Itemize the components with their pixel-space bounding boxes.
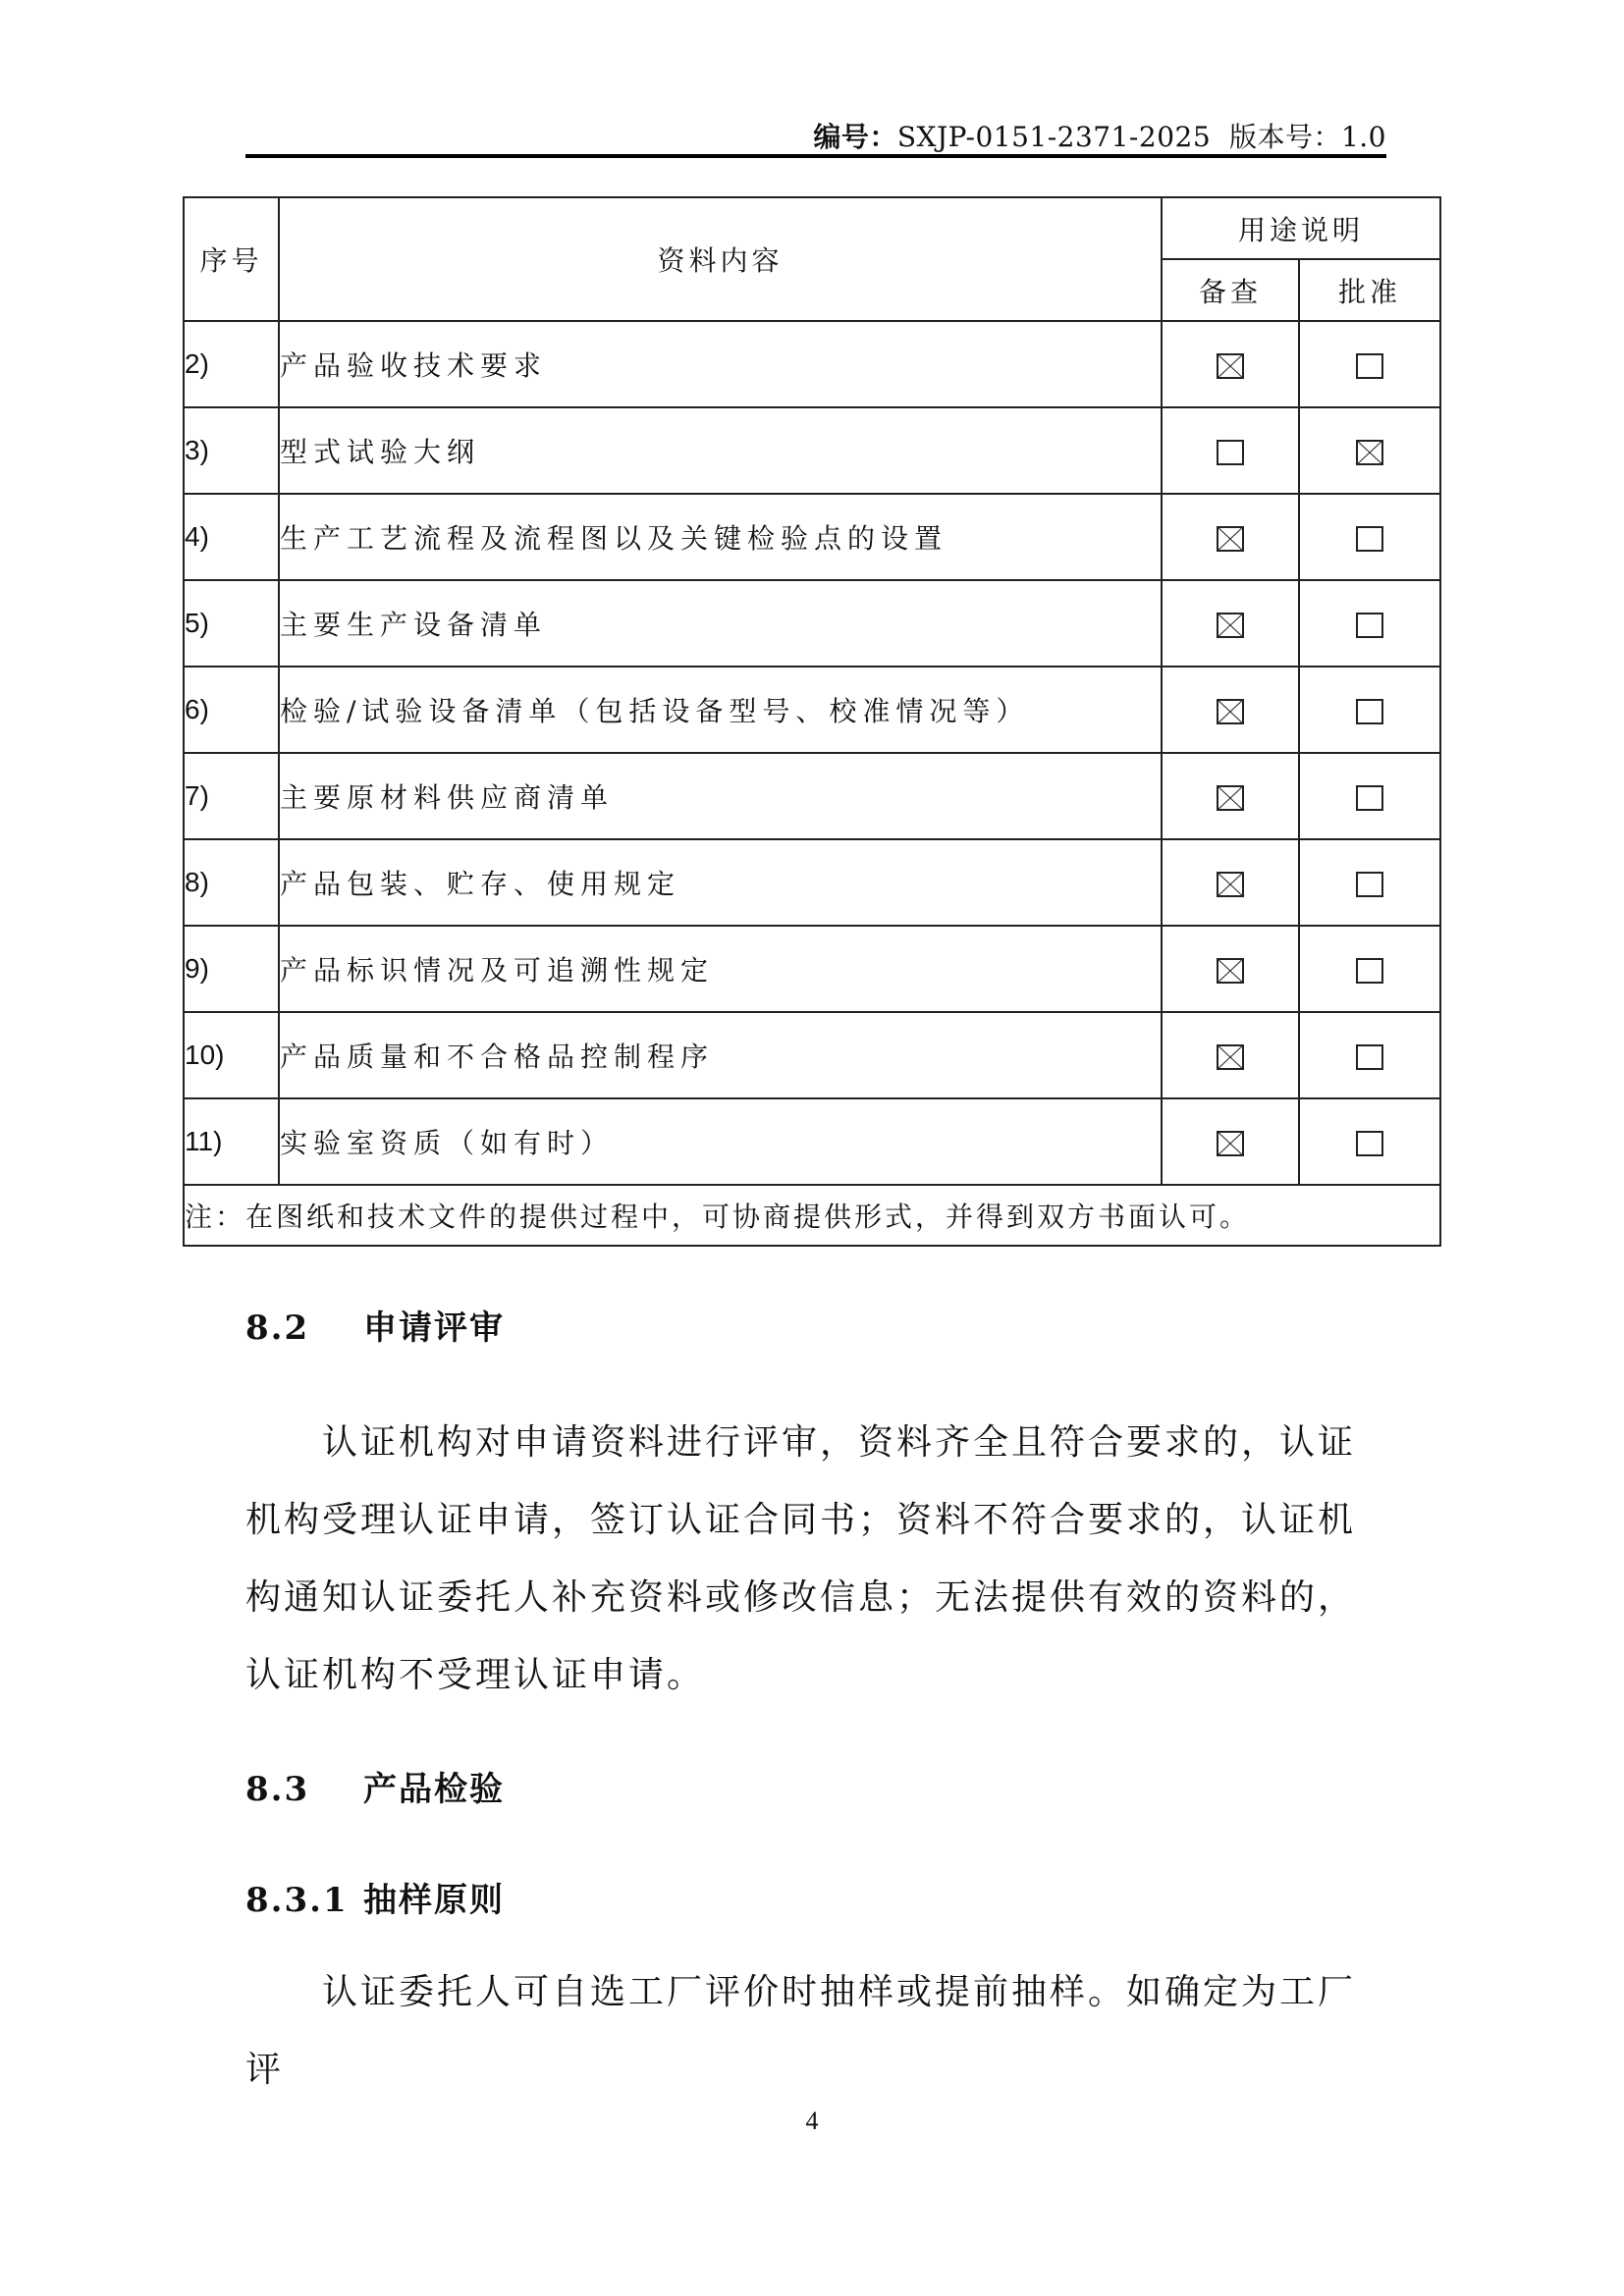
table-row: 5)主要生产设备清单 [184, 580, 1440, 667]
row-content: 主要生产设备清单 [279, 580, 1162, 667]
table-row: 6)检验/试验设备清单（包括设备型号、校准情况等） [184, 667, 1440, 753]
approve-cell [1299, 667, 1440, 753]
record-cell [1162, 580, 1299, 667]
header-record: 备查 [1162, 259, 1299, 321]
checkbox-checked-icon[interactable] [1217, 785, 1244, 811]
checkbox-checked-icon[interactable] [1356, 440, 1383, 465]
page-number: 4 [0, 2107, 1624, 2136]
approve-cell [1299, 321, 1440, 407]
version-label: 版本号： [1229, 121, 1341, 153]
checkbox-checked-icon[interactable] [1217, 526, 1244, 552]
table-row: 8)产品包装、贮存、使用规定 [184, 839, 1440, 926]
section-number: 8.2 [245, 1308, 363, 1348]
checkbox-unchecked-icon[interactable] [1217, 440, 1244, 465]
row-content: 产品验收技术要求 [279, 321, 1162, 407]
section-8-3-1-paragraph: 认证委托人可自选工厂评价时抽样或提前抽样。如确定为工厂评 [245, 1953, 1386, 2109]
row-content: 产品标识情况及可追溯性规定 [279, 926, 1162, 1012]
section-title: 产品检验 [363, 1770, 505, 1809]
table-row: 9)产品标识情况及可追溯性规定 [184, 926, 1440, 1012]
row-content: 主要原材料供应商清单 [279, 753, 1162, 839]
checkbox-checked-icon[interactable] [1217, 699, 1244, 724]
checkbox-checked-icon[interactable] [1217, 958, 1244, 984]
section-number: 8.3 [245, 1770, 363, 1809]
row-number: 8) [184, 839, 279, 926]
header-no: 序号 [184, 197, 279, 321]
checkbox-unchecked-icon[interactable] [1356, 353, 1383, 379]
checkbox-checked-icon[interactable] [1217, 1131, 1244, 1156]
checkbox-unchecked-icon[interactable] [1356, 1044, 1383, 1070]
row-content: 型式试验大纲 [279, 407, 1162, 494]
table-row: 3)型式试验大纲 [184, 407, 1440, 494]
version-value: 1.0 [1341, 121, 1386, 153]
approve-cell [1299, 407, 1440, 494]
row-content: 产品质量和不合格品控制程序 [279, 1012, 1162, 1098]
header-content: 资料内容 [279, 197, 1162, 321]
checkbox-checked-icon[interactable] [1217, 613, 1244, 638]
row-number: 2) [184, 321, 279, 407]
table-body: 2)产品验收技术要求3)型式试验大纲4)生产工艺流程及流程图以及关键检验点的设置… [184, 321, 1440, 1185]
approve-cell [1299, 494, 1440, 580]
page-header: 编号：SXJP-0151-2371-2025 版本号：1.0 [245, 116, 1386, 155]
section-8-3-1-heading: 8.3.1抽样原则 [245, 1873, 505, 1921]
row-number: 6) [184, 667, 279, 753]
section-8-2-paragraph: 认证机构对申请资料进行评审，资料齐全且符合要求的，认证机构受理认证申请，签订认证… [245, 1404, 1386, 1714]
section-8-3-heading: 8.3产品检验 [245, 1762, 505, 1810]
checkbox-checked-icon[interactable] [1217, 1044, 1244, 1070]
checkbox-checked-icon[interactable] [1217, 353, 1244, 379]
row-number: 7) [184, 753, 279, 839]
table-note: 注：在图纸和技术文件的提供过程中，可协商提供形式，并得到双方书面认可。 [184, 1185, 1440, 1246]
row-content: 实验室资质（如有时） [279, 1098, 1162, 1185]
row-number: 9) [184, 926, 279, 1012]
record-cell [1162, 926, 1299, 1012]
materials-table: 序号 资料内容 用途说明 备查 批准 2)产品验收技术要求3)型式试验大纲4)生… [183, 196, 1441, 1247]
row-number: 10) [184, 1012, 279, 1098]
doc-number-label: 编号： [813, 121, 897, 153]
checkbox-checked-icon[interactable] [1217, 872, 1244, 897]
record-cell [1162, 407, 1299, 494]
record-cell [1162, 667, 1299, 753]
doc-number-value: SXJP-0151-2371-2025 [897, 121, 1211, 153]
checkbox-unchecked-icon[interactable] [1356, 1131, 1383, 1156]
row-number: 5) [184, 580, 279, 667]
approve-cell [1299, 1098, 1440, 1185]
row-number: 11) [184, 1098, 279, 1185]
checkbox-unchecked-icon[interactable] [1356, 785, 1383, 811]
checkbox-unchecked-icon[interactable] [1356, 526, 1383, 552]
header-rule [245, 154, 1386, 158]
row-content: 生产工艺流程及流程图以及关键检验点的设置 [279, 494, 1162, 580]
header-approve: 批准 [1299, 259, 1440, 321]
table-row: 4)生产工艺流程及流程图以及关键检验点的设置 [184, 494, 1440, 580]
approve-cell [1299, 1012, 1440, 1098]
checkbox-unchecked-icon[interactable] [1356, 958, 1383, 984]
row-number: 4) [184, 494, 279, 580]
row-content: 检验/试验设备清单（包括设备型号、校准情况等） [279, 667, 1162, 753]
record-cell [1162, 321, 1299, 407]
approve-cell [1299, 839, 1440, 926]
checkbox-unchecked-icon[interactable] [1356, 613, 1383, 638]
section-8-2-heading: 8.2申请评审 [245, 1301, 505, 1349]
table-row: 2)产品验收技术要求 [184, 321, 1440, 407]
record-cell [1162, 753, 1299, 839]
record-cell [1162, 1012, 1299, 1098]
section-title: 抽样原则 [363, 1881, 505, 1920]
table-row: 10)产品质量和不合格品控制程序 [184, 1012, 1440, 1098]
approve-cell [1299, 580, 1440, 667]
record-cell [1162, 494, 1299, 580]
table-row: 11)实验室资质（如有时） [184, 1098, 1440, 1185]
record-cell [1162, 839, 1299, 926]
table-row: 7)主要原材料供应商清单 [184, 753, 1440, 839]
row-number: 3) [184, 407, 279, 494]
record-cell [1162, 1098, 1299, 1185]
checkbox-unchecked-icon[interactable] [1356, 699, 1383, 724]
header-usage: 用途说明 [1162, 197, 1440, 259]
row-content: 产品包装、贮存、使用规定 [279, 839, 1162, 926]
checkbox-unchecked-icon[interactable] [1356, 872, 1383, 897]
approve-cell [1299, 926, 1440, 1012]
section-number: 8.3.1 [245, 1881, 363, 1920]
approve-cell [1299, 753, 1440, 839]
section-title: 申请评审 [363, 1308, 505, 1348]
